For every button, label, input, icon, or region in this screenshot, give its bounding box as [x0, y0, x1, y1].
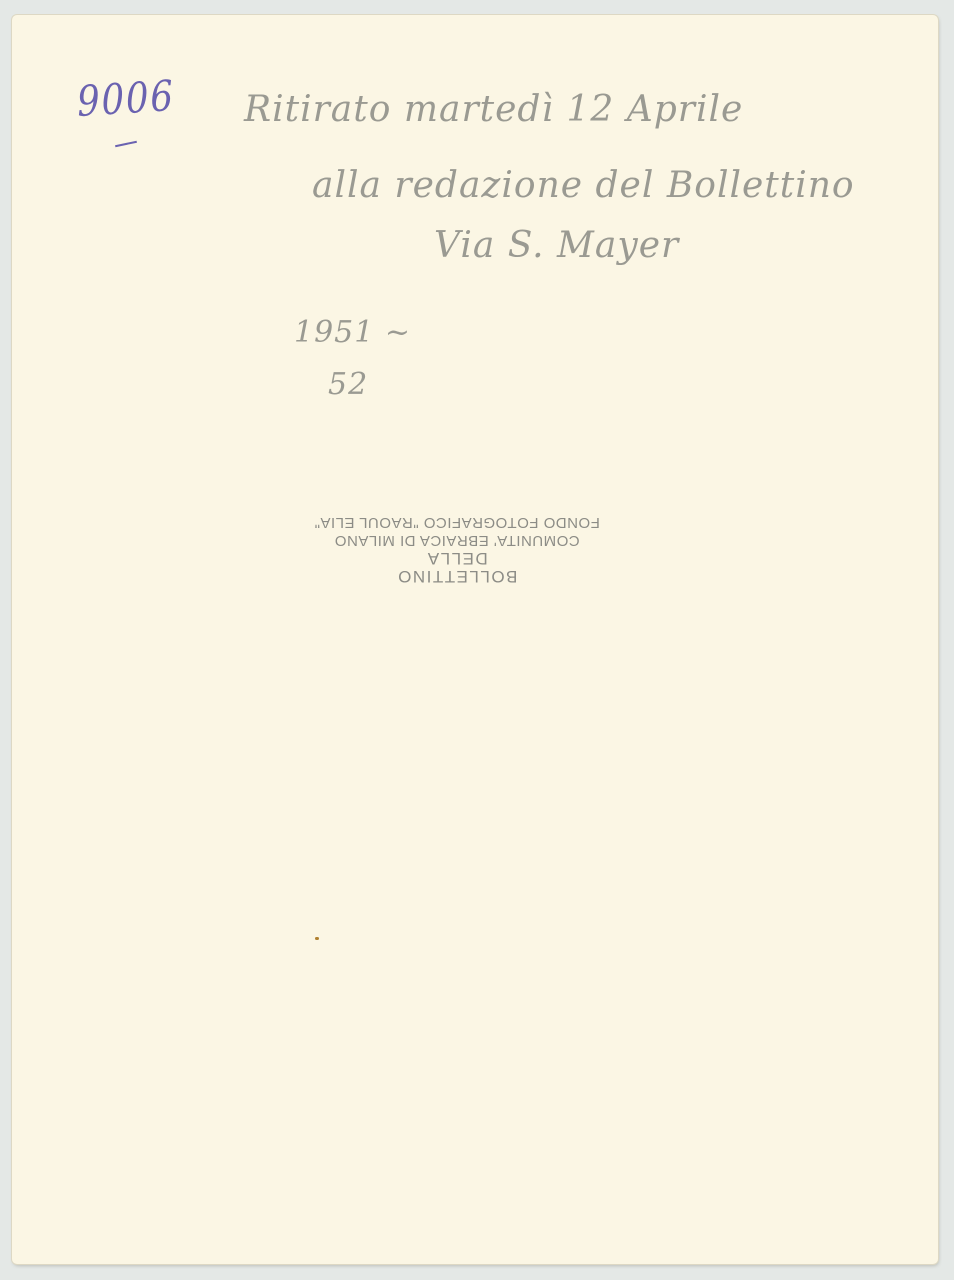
stamp-line-3: COMUNITA' EBRAICA DI MILANO: [272, 531, 642, 549]
date-note-line-1: 1951 ~: [294, 315, 411, 350]
stamp-line-4: FONDO FOTOGRAFICO "RAOUL ELIA": [272, 513, 642, 531]
handwritten-note-line-2: alla redazione del Bollettino: [312, 165, 855, 206]
date-note-line-2: 52: [328, 367, 368, 402]
archive-stamp: BOLLETTINO DELLA COMUNITA' EBRAICA DI MI…: [272, 513, 642, 585]
handwritten-note-line-1: Ritirato martedì 12 Aprile: [244, 89, 743, 130]
photo-verso-card: 9006 Ritirato martedì 12 Aprile alla red…: [12, 15, 938, 1264]
inventory-number: 9006: [76, 71, 176, 126]
stamp-line-1: BOLLETTINO: [272, 567, 642, 585]
handwritten-note-line-3: Via S. Mayer: [434, 225, 679, 266]
paper-stain: [315, 937, 319, 940]
inventory-underline-mark: [115, 141, 137, 148]
stamp-line-2: DELLA: [272, 549, 642, 567]
